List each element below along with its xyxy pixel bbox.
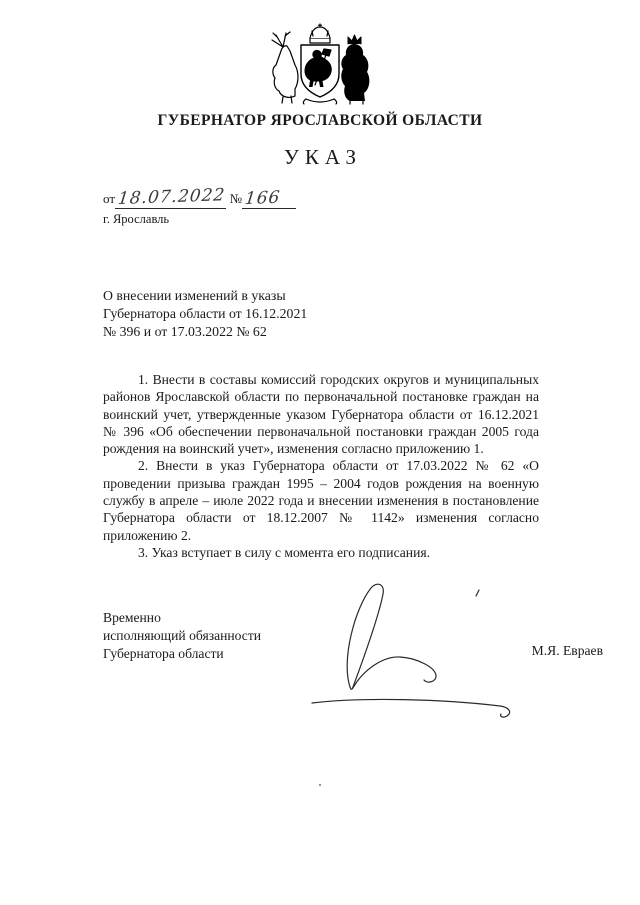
base-scroll-ornament <box>303 99 336 104</box>
handwritten-date: 18.07.2022 <box>117 187 226 208</box>
decree-document-page: ГУБЕРНАТОР ЯРОСЛАВСКОЙ ОБЛАСТИ УКАЗ от18… <box>0 0 640 905</box>
date-fill-line: 18.07.2022 <box>115 190 226 209</box>
document-type-title: УКАЗ <box>0 145 640 170</box>
issuing-authority-title: ГУБЕРНАТОР ЯРОСЛАВСКОЙ ОБЛАСТИ <box>0 112 640 130</box>
date-label: от <box>103 191 115 206</box>
document-body: 1. Внести в составы комиссий городских о… <box>103 371 539 561</box>
signer-name: М.Я. Евраев <box>532 643 603 659</box>
document-subject: О внесении изменений в указы Губернатора… <box>103 287 423 341</box>
document-meta-block: от18.07.2022 №166 г. Ярославль <box>103 190 296 227</box>
crown-icon <box>310 24 330 43</box>
issuing-city: г. Ярославль <box>103 212 296 227</box>
body-paragraph-1: 1. Внести в составы комиссий городских о… <box>103 371 539 457</box>
scan-artifact-dot <box>319 784 321 786</box>
deer-supporter-icon <box>272 32 298 103</box>
body-paragraph-3: 3. Указ вступает в силу с момента его по… <box>103 544 539 561</box>
date-number-line: от18.07.2022 №166 <box>103 190 296 209</box>
handwritten-number: 166 <box>244 190 281 208</box>
signer-position: Временно исполняющий обязанности Губерна… <box>103 609 261 663</box>
signature-autograph-icon <box>303 560 523 720</box>
number-fill-line: 166 <box>242 190 296 209</box>
bear-supporter-icon <box>341 35 369 104</box>
coat-of-arms-yaroslavl-oblast-icon <box>261 23 379 105</box>
body-paragraph-2: 2. Внести в указ Губернатора области от … <box>103 457 539 543</box>
number-label: № <box>230 191 242 206</box>
